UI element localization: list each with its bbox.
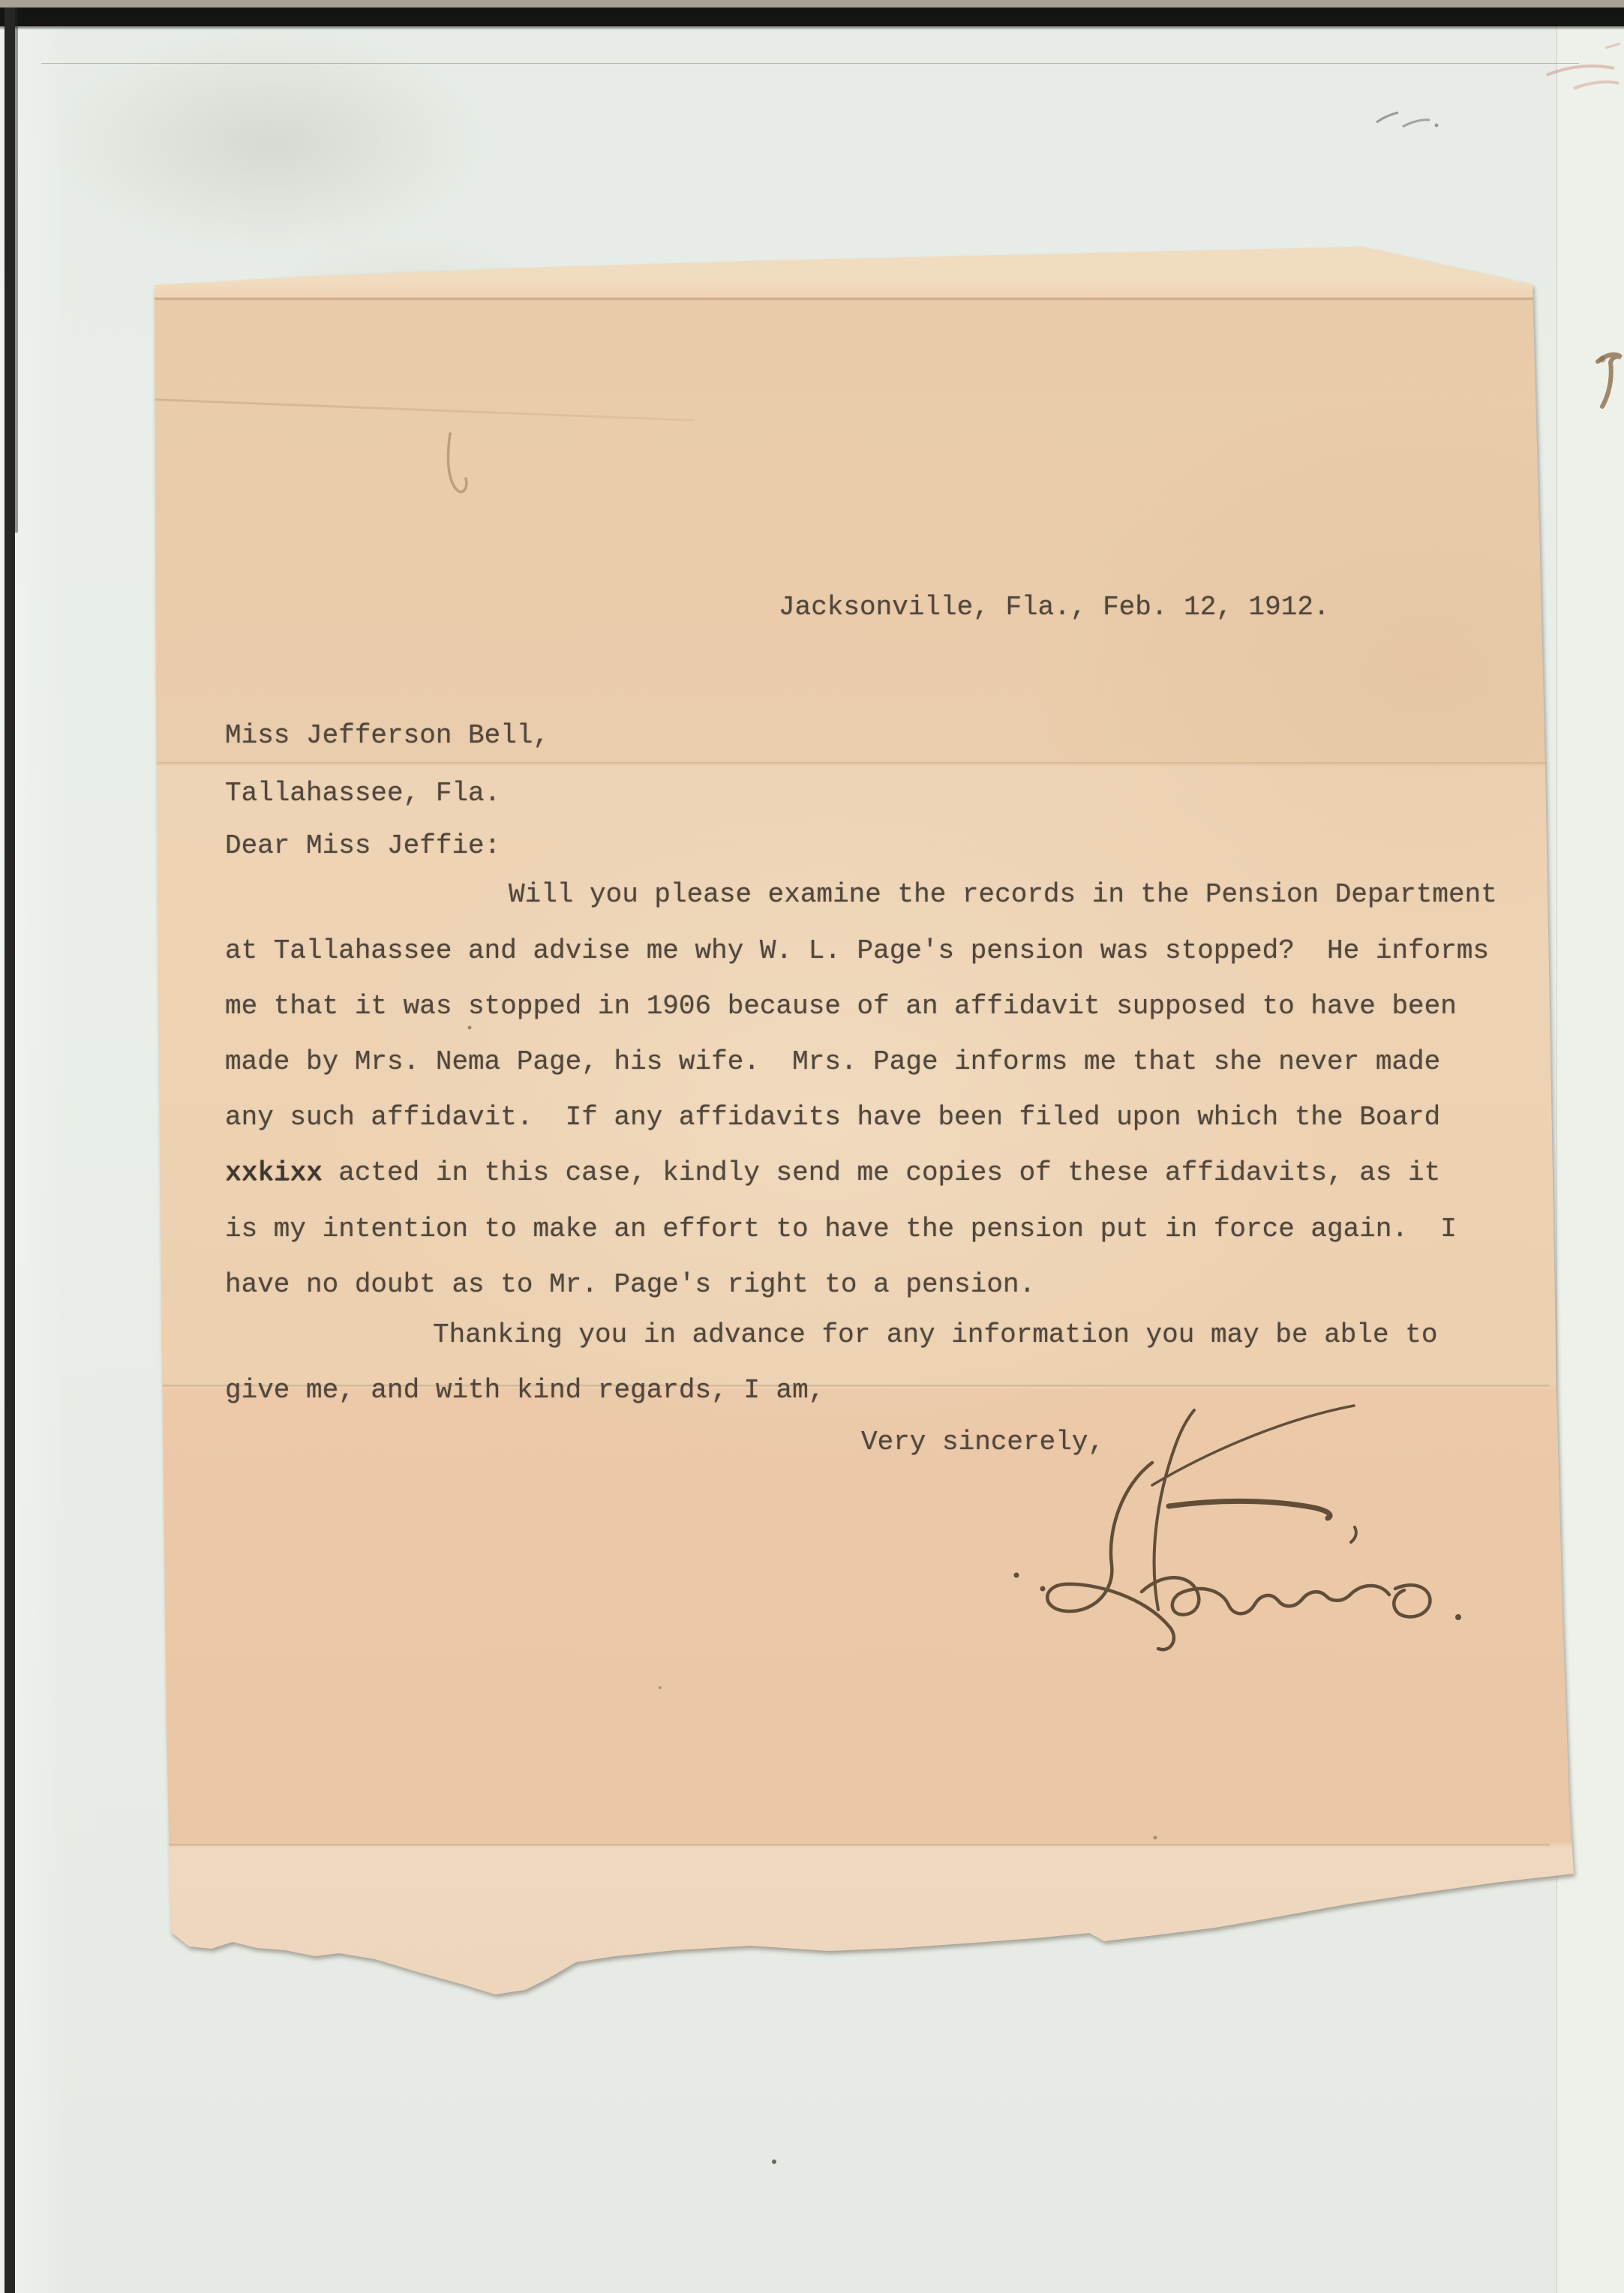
letter-paper: Jacksonville, Fla., Feb. 12, 1912. Miss …: [0, 0, 1624, 2293]
letter-paper-shadow: Jacksonville, Fla., Feb. 12, 1912. Miss …: [0, 0, 1624, 2293]
scanned-letter-page: Jacksonville, Fla., Feb. 12, 1912. Miss …: [0, 0, 1624, 2293]
speck: [659, 1686, 662, 1689]
paper-stray-marks: [0, 0, 1624, 2293]
speck: [468, 1026, 472, 1030]
pen-mark-j: [448, 434, 466, 492]
speck: [1154, 1836, 1157, 1840]
